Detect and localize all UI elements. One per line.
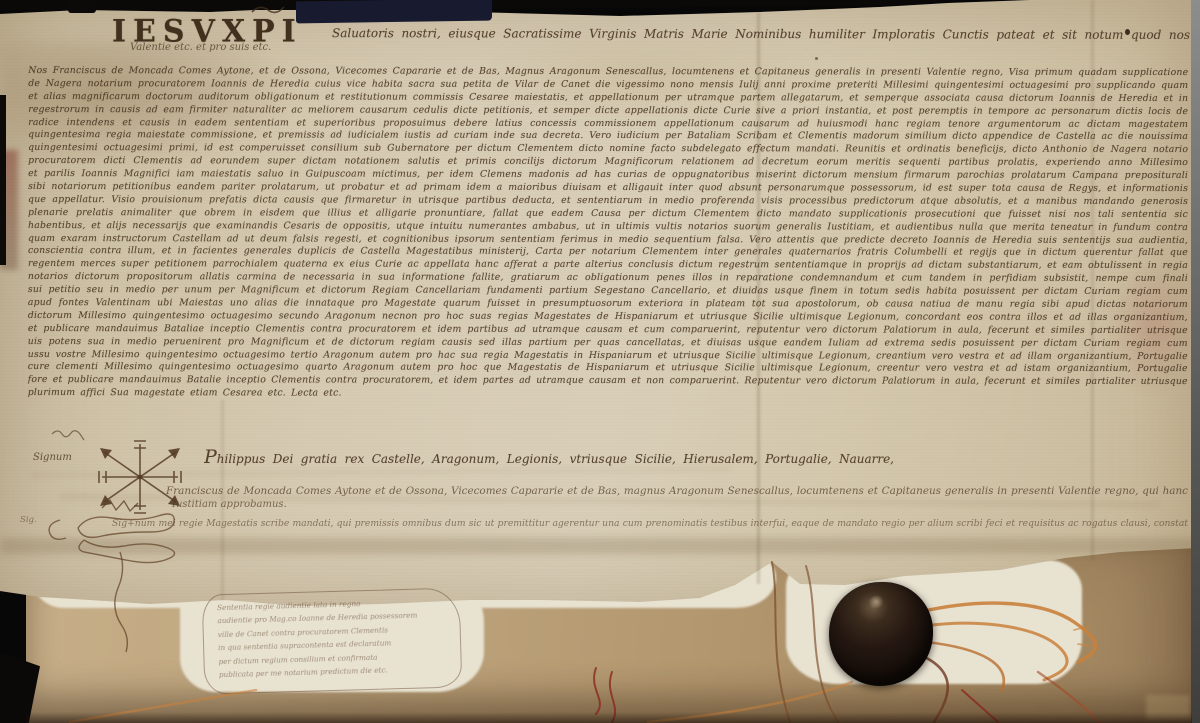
navy-tab	[296, 0, 492, 23]
notary-attestation: Sig+num mei regie Magestatis scribe mand…	[112, 518, 1188, 531]
right-gray-edge	[1191, 0, 1200, 723]
black-tab-small	[68, 0, 96, 13]
ink-speck-small	[815, 57, 818, 60]
signature-lieutenant: Franciscus de Moncada Comes Aytone et de…	[166, 485, 1188, 498]
fold-shadow-band	[0, 538, 1197, 554]
left-black-edge	[0, 95, 6, 265]
docket-cartouche: Sententia regie audientie lata in regnoa…	[202, 587, 463, 694]
manuscript-photo: IESVXPI Saluatoris nostri, eiusque Sacra…	[0, 0, 1200, 723]
bottom-shadow-edge	[26, 712, 1192, 723]
margin-notary-signum-label: Sig.	[20, 515, 37, 525]
invocation-line-2: Valentie etc. et pro suis etc.	[130, 42, 271, 53]
body-text: Nos Franciscus de Moncada Comes Aytone, …	[28, 65, 1189, 403]
signature-royal: Philippus Dei gratia rex Castelle, Arago…	[204, 449, 894, 466]
margin-signum-label: Signum	[33, 452, 72, 463]
signature-lieutenant-sub: Iustitiam approbamus.	[172, 499, 287, 510]
body-line: plurimum affici Sua magestate etiam Cesa…	[28, 387, 1188, 402]
invocation-line: Saluatoris nostri, eiusque Sacratissime …	[332, 26, 1190, 44]
